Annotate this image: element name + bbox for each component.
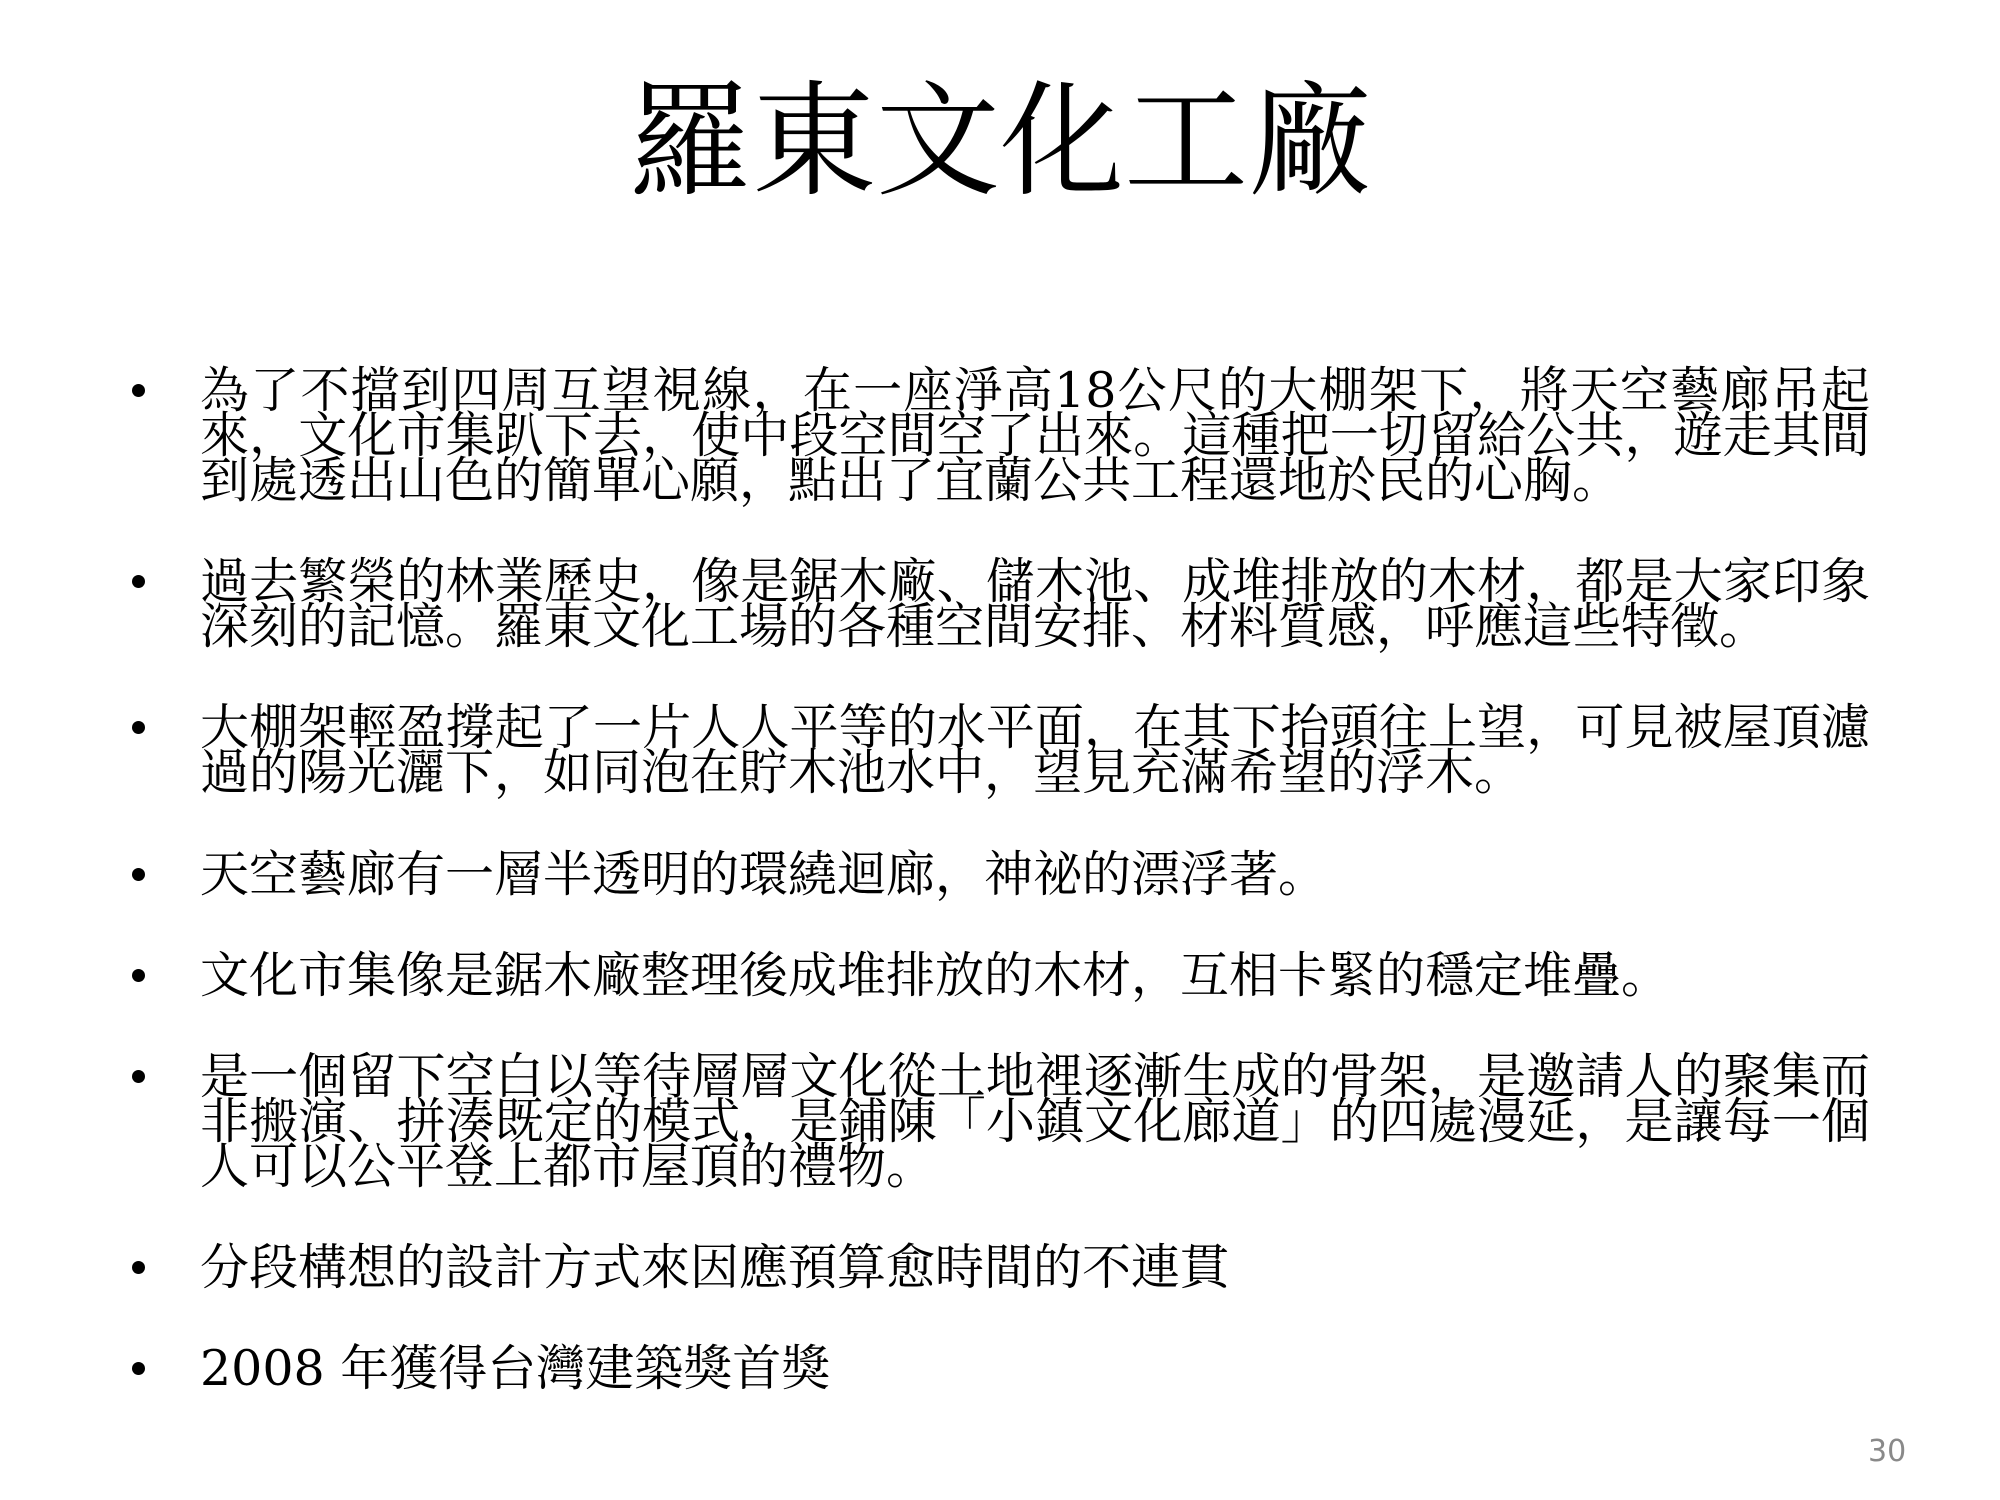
bullet-text: 過去繁榮的林業歷史，像是鋸木廠、儲木池、成堆排放的木材，都是大家印象深刻的記憶。… bbox=[200, 553, 1870, 655]
bullet-icon bbox=[132, 384, 145, 397]
bullet-icon bbox=[132, 575, 145, 588]
bullet-item: 為了不擋到四周互望視線，在一座淨高18公尺的大棚架下，將天空藝廊吊起來，文化市集… bbox=[130, 368, 1870, 503]
bullet-item: 天空藝廊有一層半透明的環繞迴廊，神祕的漂浮著。 bbox=[130, 852, 1870, 897]
bullet-item: 大棚架輕盈撐起了一片人人平等的水平面，在其下抬頭往上望，可見被屋頂濾過的陽光灑下… bbox=[130, 705, 1870, 795]
bullet-icon bbox=[132, 969, 145, 982]
bullet-text: 天空藝廊有一層半透明的環繞迴廊，神祕的漂浮著。 bbox=[200, 846, 1327, 903]
slide-title: 羅東文化工廠 bbox=[0, 68, 2000, 217]
bullet-text: 分段構想的設計方式來因應預算愈時間的不連貫 bbox=[200, 1239, 1229, 1296]
bullet-icon bbox=[132, 721, 145, 734]
bullet-item: 文化市集像是鋸木廠整理後成堆排放的木材，互相卡緊的穩定堆疊。 bbox=[130, 953, 1870, 998]
bullet-item: 分段構想的設計方式來因應預算愈時間的不連貫 bbox=[130, 1245, 1870, 1290]
bullet-text: 文化市集像是鋸木廠整理後成堆排放的木材，互相卡緊的穩定堆疊。 bbox=[200, 947, 1670, 1004]
bullet-icon bbox=[132, 1362, 145, 1375]
bullet-item: 過去繁榮的林業歷史，像是鋸木廠、儲木池、成堆排放的木材，都是大家印象深刻的記憶。… bbox=[130, 559, 1870, 649]
bullet-item: 2008 年獲得台灣建築獎首獎 bbox=[130, 1346, 1870, 1391]
bullet-text: 是一個留下空白以等待層層文化從土地裡逐漸生成的骨架，是邀請人的聚集而非搬演、拼湊… bbox=[200, 1048, 1870, 1195]
bullet-text: 大棚架輕盈撐起了一片人人平等的水平面，在其下抬頭往上望，可見被屋頂濾過的陽光灑下… bbox=[200, 699, 1870, 801]
bullet-icon bbox=[132, 1070, 145, 1083]
slide: 羅東文化工廠 為了不擋到四周互望視線，在一座淨高18公尺的大棚架下，將天空藝廊吊… bbox=[0, 0, 2000, 1500]
page-number: 30 bbox=[1868, 1434, 1906, 1469]
bullet-icon bbox=[132, 1261, 145, 1274]
bullet-text: 為了不擋到四周互望視線，在一座淨高18公尺的大棚架下，將天空藝廊吊起來，文化市集… bbox=[200, 362, 1870, 509]
bullet-icon bbox=[132, 868, 145, 881]
bullet-text: 2008 年獲得台灣建築獎首獎 bbox=[200, 1340, 830, 1397]
bullet-item: 是一個留下空白以等待層層文化從土地裡逐漸生成的骨架，是邀請人的聚集而非搬演、拼湊… bbox=[130, 1054, 1870, 1189]
bullet-list: 為了不擋到四周互望視線，在一座淨高18公尺的大棚架下，將天空藝廊吊起來，文化市集… bbox=[130, 368, 1870, 1447]
